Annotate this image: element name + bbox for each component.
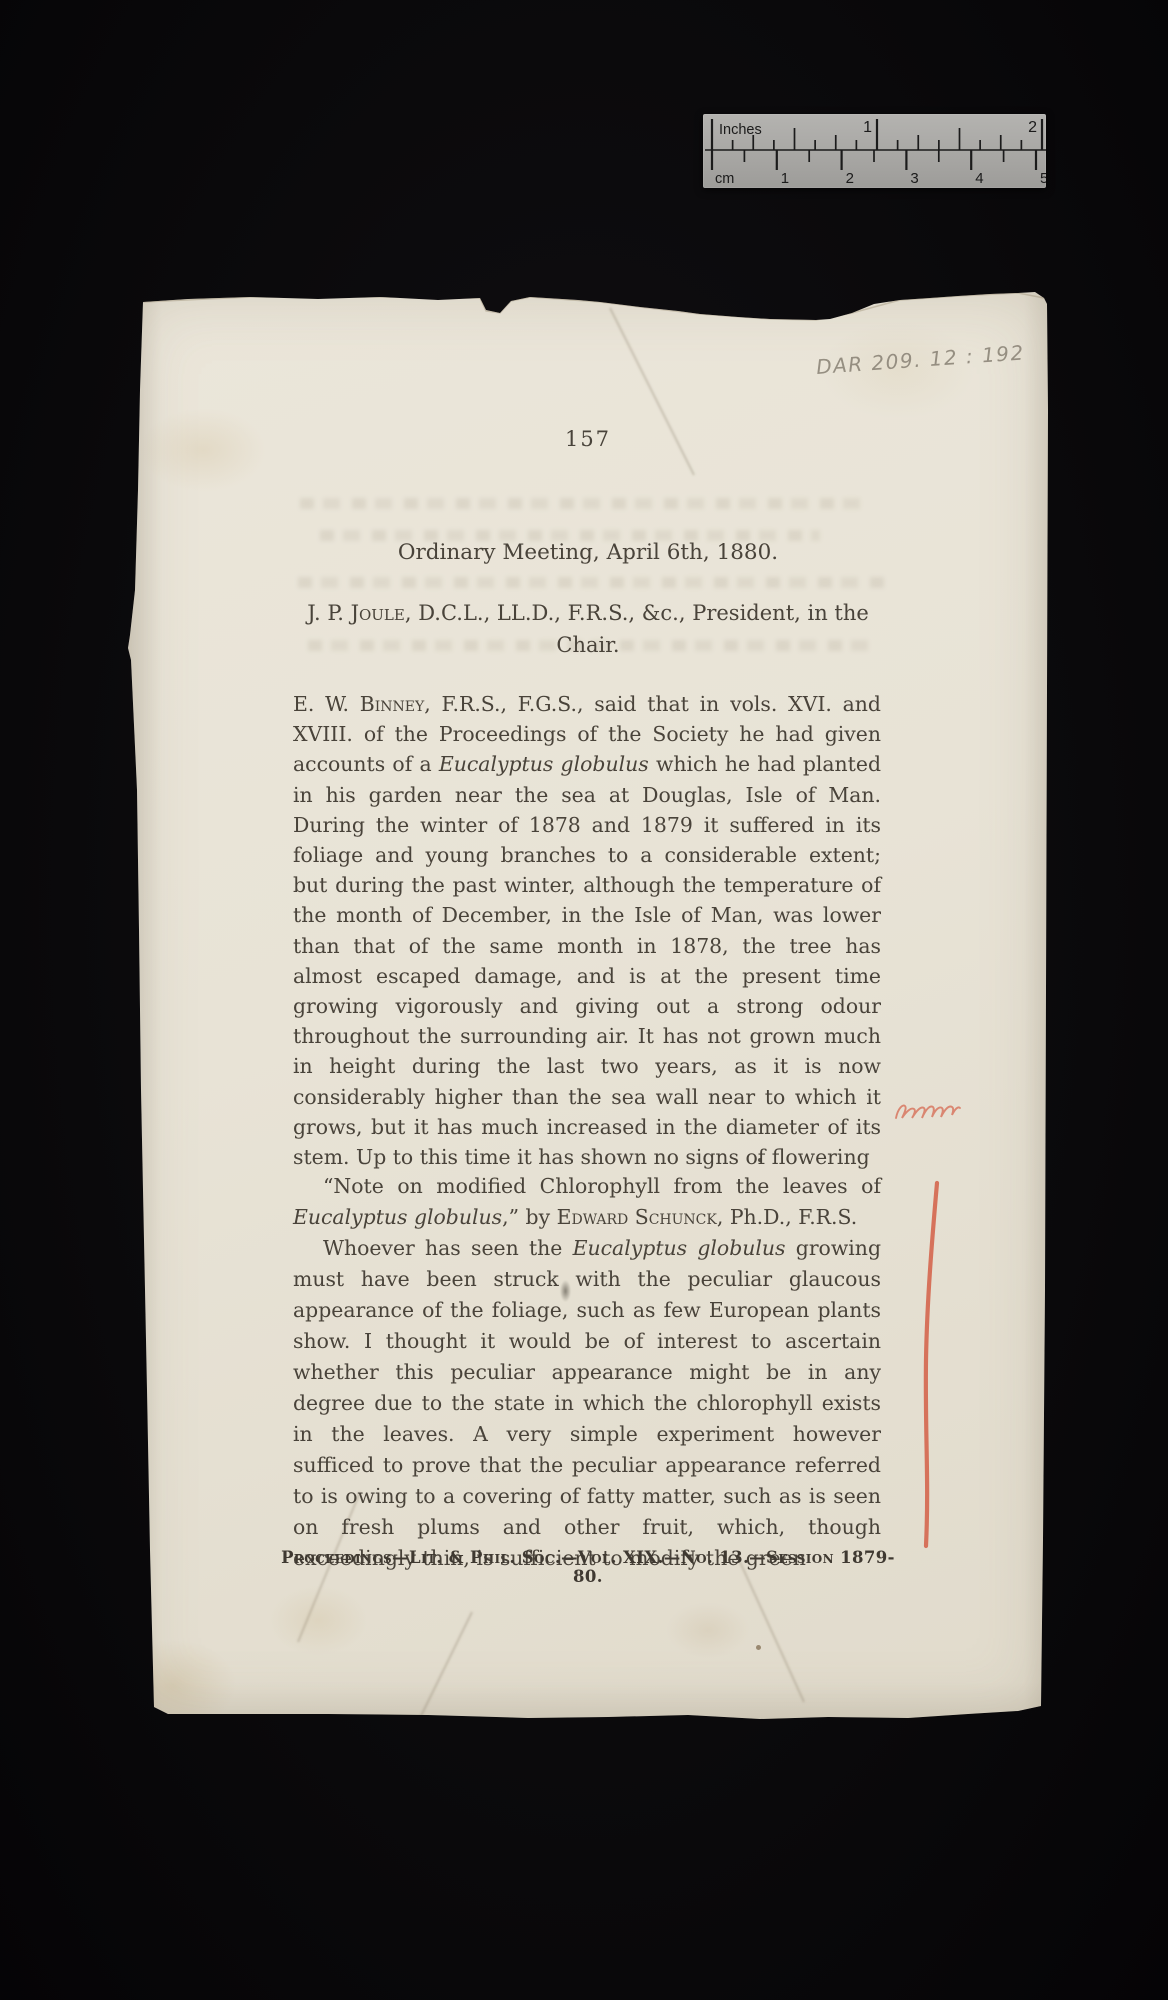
ink-smudge: [560, 1280, 571, 1302]
svg-text:1: 1: [781, 170, 789, 187]
red-scribble-annotation: [896, 1106, 960, 1119]
svg-text:1: 1: [863, 119, 872, 136]
svg-text:2: 2: [846, 170, 854, 187]
foxing-speck: [756, 1645, 761, 1650]
ruler: 1212345Inchescm: [703, 114, 1046, 188]
footer-imprint: Proceedings—Lit. & Phil. Soc.—Vol. XIX.—…: [278, 1548, 898, 1586]
paper-crease: [420, 1612, 472, 1718]
note-block: “Note on modified Chlorophyll from the l…: [293, 1171, 881, 1574]
svg-text:5: 5: [1040, 170, 1046, 187]
svg-text:3: 3: [910, 170, 918, 187]
svg-text:Inches: Inches: [719, 122, 762, 138]
ghost-text-bleedthrough: [300, 498, 860, 509]
ghost-text-bleedthrough: [298, 577, 888, 588]
ruler-scale: 1212345Inchescm: [703, 114, 1046, 188]
catalog-annotation: DAR 209. 12 : 192: [815, 341, 1016, 379]
page-number: 157: [293, 427, 883, 451]
note-title: “Note on modified Chlorophyll from the l…: [293, 1171, 881, 1233]
document-page: DAR 209. 12 : 192 157 Ordinary Meeting, …: [128, 290, 1050, 1722]
ink-dot: [758, 1158, 762, 1162]
red-margin-line: [926, 1183, 937, 1546]
paragraph-binney: E. W. Binney, F.R.S., F.G.S., said that …: [293, 689, 881, 1172]
svg-text:4: 4: [975, 170, 983, 187]
torn-edge-shadow: [143, 293, 1044, 320]
photo-background: 1212345Inchescm DAR 209. 12 : 192 157 Or…: [0, 0, 1168, 2000]
meeting-heading: Ordinary Meeting, April 6th, 1880.: [293, 540, 883, 565]
svg-text:cm: cm: [715, 171, 734, 187]
paragraph-schunck: Whoever has seen the Eucalyptus globulus…: [293, 1233, 881, 1574]
chair-heading: J. P. Joule, D.C.L., LL.D., F.R.S., &c.,…: [273, 597, 903, 661]
svg-text:2: 2: [1028, 119, 1037, 136]
